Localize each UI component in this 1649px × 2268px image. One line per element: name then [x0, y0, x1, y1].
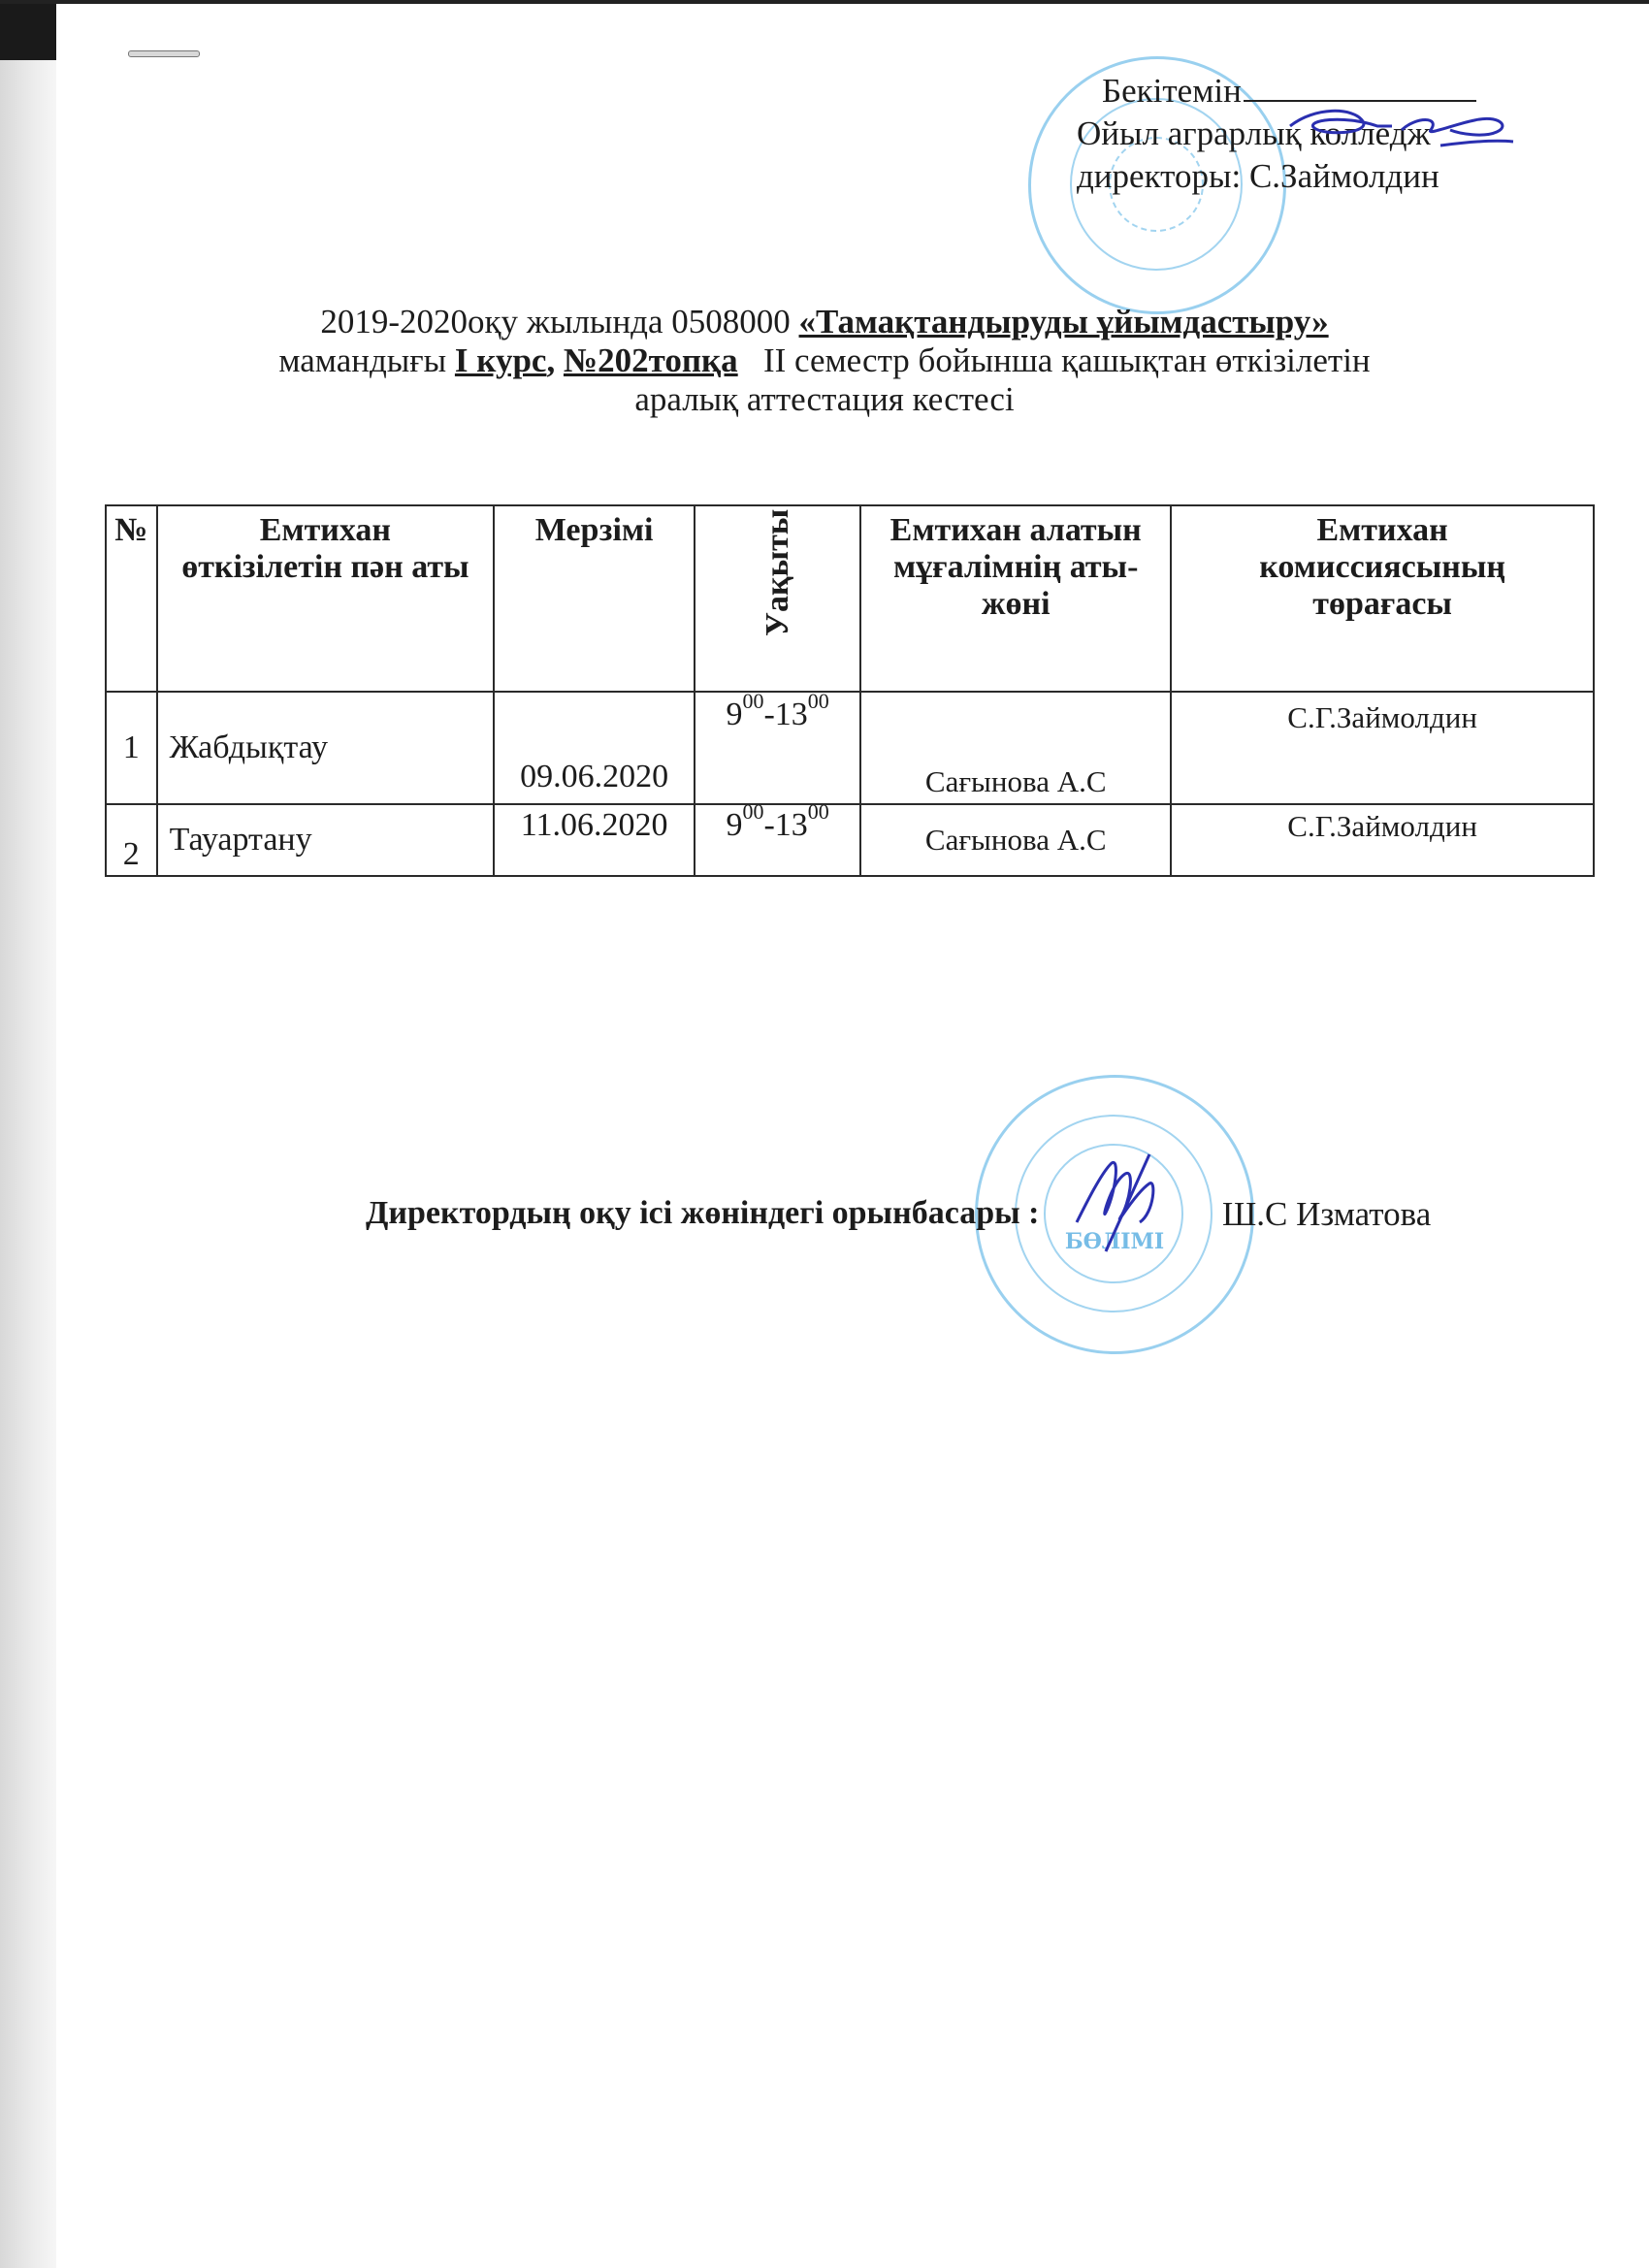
approval-director: директоры: С.Займолдин [1077, 155, 1476, 198]
document-title: 2019-2020оқу жылында 0508000 «Тамақтанды… [0, 303, 1649, 419]
title-specialty-label: мамандығы [278, 341, 455, 379]
cell-subject: Тауартану [157, 804, 495, 876]
director-signature-icon [1285, 97, 1518, 155]
cell-no: 1 [106, 692, 157, 804]
exam-schedule-table: № Емтихан өткізілетін пән аты Мерзімі Уа… [105, 504, 1595, 877]
time-end-min: 00 [808, 799, 829, 824]
time-start-hour: 9 [726, 807, 742, 843]
time-end-hour: 13 [775, 697, 808, 732]
time-start-min: 00 [742, 799, 763, 824]
title-sep: , [546, 341, 564, 379]
title-semester: II семестр бойынша қашықтан өткізілетін [738, 341, 1371, 379]
time-start-hour: 9 [726, 697, 742, 732]
approve-word: Бекітемін [1102, 72, 1242, 110]
cell-time: 900-1300 [695, 692, 860, 804]
time-start-min: 00 [742, 689, 763, 713]
title-line3: аралық аттестация кестесі [0, 380, 1649, 419]
title-group: №202топқа [564, 341, 738, 379]
header-subject: Емтихан өткізілетін пән аты [157, 505, 495, 692]
scan-corner [0, 0, 56, 60]
deputy-name: Ш.С Изматова [1222, 1195, 1431, 1234]
table-row: 2 Тауартану 11.06.2020 900-1300 Сағынова… [106, 804, 1594, 876]
cell-teacher: Сағынова А.С [860, 692, 1171, 804]
cell-subject: Жабдықтау [157, 692, 495, 804]
cell-date: 09.06.2020 [494, 692, 695, 804]
header-no: № [106, 505, 157, 692]
deputy-signature-icon [1067, 1145, 1174, 1261]
table-header-row: № Емтихан өткізілетін пән аты Мерзімі Уа… [106, 505, 1594, 692]
title-year-line: 2019-2020оқу жылында 0508000 [320, 303, 798, 340]
header-chair: Емтихан комиссиясының төрағасы [1171, 505, 1594, 692]
header-date: Мерзімі [494, 505, 695, 692]
staple-mark [128, 50, 200, 57]
cell-date: 11.06.2020 [494, 804, 695, 876]
title-specialty: «Тамақтандыруды ұйымдастыру» [799, 303, 1329, 340]
time-end-hour: 13 [775, 807, 808, 843]
cell-time: 900-1300 [695, 804, 860, 876]
header-time-label: Уақыты [760, 509, 796, 636]
cell-chair: С.Г.Займолдин [1171, 692, 1594, 804]
header-teacher: Емтихан алатын мұғалімнің аты-жөні [860, 505, 1171, 692]
time-sep: - [763, 697, 774, 732]
cell-no: 2 [106, 804, 157, 876]
table-row: 1 Жабдықтау 09.06.2020 900-1300 Сағынова… [106, 692, 1594, 804]
time-sep: - [763, 807, 774, 843]
time-end-min: 00 [808, 689, 829, 713]
scan-edge-top [0, 0, 1649, 4]
cell-teacher: Сағынова А.С [860, 804, 1171, 876]
cell-chair: С.Г.Займолдин [1171, 804, 1594, 876]
deputy-title: Директордың оқу ісі жөніндегі орынбасары… [366, 1195, 1039, 1232]
title-course: I курс [455, 341, 547, 379]
header-time: Уақыты [695, 505, 860, 692]
